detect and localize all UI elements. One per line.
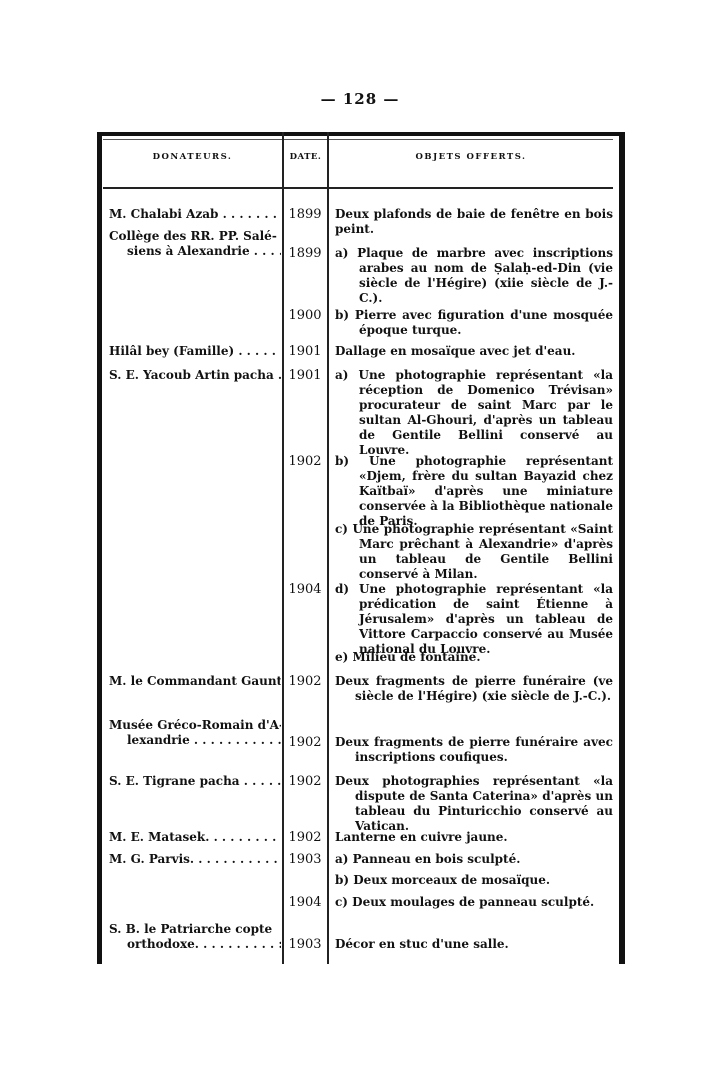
donor-name: S. E. Yacoub Artin pacha . . . <box>109 368 281 383</box>
donor-name-cont: orthodoxe. . . . . . . . . . : <box>109 937 281 952</box>
object-cell: e) Milieu de fontaine. <box>335 650 613 665</box>
column-divider-donors-date <box>282 132 284 964</box>
donor-name: Collège des RR. PP. Salé- <box>109 229 281 244</box>
donor-name: Musée Gréco-Romain d'A- <box>109 718 281 733</box>
date-cell: 1902 <box>285 774 325 789</box>
object-cell: Deux photographies représentant «la disp… <box>335 774 613 834</box>
header-rule <box>103 187 613 189</box>
date-cell: 1904 <box>285 895 325 910</box>
table-inner-rule <box>103 139 613 140</box>
header-objects: OBJETS OFFERTS. <box>329 152 613 162</box>
donor-name: Hilâl bey (Famille) . . . . . <box>109 344 281 359</box>
donor-name: S. E. Tigrane pacha . . . . . . <box>109 774 281 789</box>
donor-cell: M. le Commandant Gaunt . . <box>109 674 281 689</box>
table-border-right <box>619 132 625 964</box>
object-text: Deux fragments de pierre funéraire (ve s… <box>335 674 613 704</box>
donor-cell: Hilâl bey (Famille) . . . . . <box>109 344 281 359</box>
object-cell: Deux fragments de pierre funéraire (ve s… <box>335 674 613 704</box>
donor-cell: Musée Gréco-Romain d'A- lexandrie . . . … <box>109 718 281 748</box>
date-cell: 1899 <box>285 207 325 222</box>
donor-cell: S. E. Yacoub Artin pacha . . . <box>109 368 281 383</box>
object-cell: a) Panneau en bois sculpté. <box>335 852 613 867</box>
table-border-left <box>97 132 102 964</box>
column-divider-date-objects <box>327 132 329 964</box>
object-text: Deux fragments de pierre funéraire avec … <box>335 735 613 765</box>
date-cell: 1899 <box>285 246 325 261</box>
object-text: b) Une photographie représentant «Djem, … <box>335 454 613 529</box>
object-cell: a) Plaque de marbre avec inscriptions ar… <box>335 246 613 306</box>
object-text: e) Milieu de fontaine. <box>335 650 613 665</box>
date-cell: 1901 <box>285 344 325 359</box>
donor-name: S. B. le Patriarche copte <box>109 922 281 937</box>
date-cell: 1903 <box>285 937 325 952</box>
donor-cell: S. E. Tigrane pacha . . . . . . <box>109 774 281 789</box>
date-cell: 1902 <box>285 454 325 469</box>
donor-name-cont: siens à Alexandrie . . . . . <box>109 244 281 259</box>
date-cell: 1902 <box>285 830 325 845</box>
object-cell: d) Une photographie représentant «la pré… <box>335 582 613 657</box>
object-cell: c) Une photographie représentant «Saint … <box>335 522 613 582</box>
donor-name: M. le Commandant Gaunt . . <box>109 674 281 689</box>
object-cell: Deux plafonds de baie de fenêtre en bois… <box>335 207 613 237</box>
object-text: d) Une photographie représentant «la pré… <box>335 582 613 657</box>
object-text: a) Une photographie représentant «la réc… <box>335 368 613 458</box>
header-donors: DONATEURS. <box>103 152 282 162</box>
object-text: a) Plaque de marbre avec inscriptions ar… <box>335 246 613 306</box>
page-number: — 128 — <box>0 90 720 108</box>
donor-cell: M. Chalabi Azab . . . . . . . . <box>109 207 281 222</box>
object-cell: b) Pierre avec figuration d'une mosquée … <box>335 308 613 338</box>
donations-table: DONATEURS. DATE. OBJETS OFFERTS. M. Chal… <box>97 132 625 964</box>
donor-name: M. Chalabi Azab . . . . . . . . <box>109 207 281 222</box>
date-cell: 1902 <box>285 674 325 689</box>
donor-cell: Collège des RR. PP. Salé- siens à Alexan… <box>109 229 281 259</box>
object-cell: b) Une photographie représentant «Djem, … <box>335 454 613 529</box>
donor-name: M. G. Parvis. . . . . . . . . . . <box>109 852 281 867</box>
object-cell: Lanterne en cuivre jaune. <box>335 830 613 845</box>
object-cell: Décor en stuc d'une salle. <box>335 937 613 952</box>
date-cell: 1903 <box>285 852 325 867</box>
object-text: Deux photographies représentant «la disp… <box>335 774 613 834</box>
date-cell: 1902 <box>285 735 325 750</box>
object-cell: c) Deux moulages de panneau sculpté. <box>335 895 613 910</box>
object-text: b) Pierre avec figuration d'une mosquée … <box>335 308 613 338</box>
object-cell: Dallage en mosaïque avec jet d'eau. <box>335 344 613 359</box>
date-cell: 1901 <box>285 368 325 383</box>
object-cell: Deux fragments de pierre funéraire avec … <box>335 735 613 765</box>
object-cell: b) Deux morceaux de mosaïque. <box>335 873 613 888</box>
object-text: c) Une photographie représentant «Saint … <box>335 522 613 582</box>
date-cell: 1900 <box>285 308 325 323</box>
date-cell: 1904 <box>285 582 325 597</box>
donor-cell: M. G. Parvis. . . . . . . . . . . <box>109 852 281 867</box>
header-date: DATE. <box>284 152 327 162</box>
object-cell: a) Une photographie représentant «la réc… <box>335 368 613 458</box>
donor-cell: S. B. le Patriarche copte orthodoxe. . .… <box>109 922 281 952</box>
donor-name-cont: lexandrie . . . . . . . . . . . <box>109 733 281 748</box>
table-border-top <box>97 132 625 136</box>
donor-name: M. E. Matasek. . . . . . . . . . <box>109 830 281 845</box>
donor-cell: M. E. Matasek. . . . . . . . . . <box>109 830 281 845</box>
